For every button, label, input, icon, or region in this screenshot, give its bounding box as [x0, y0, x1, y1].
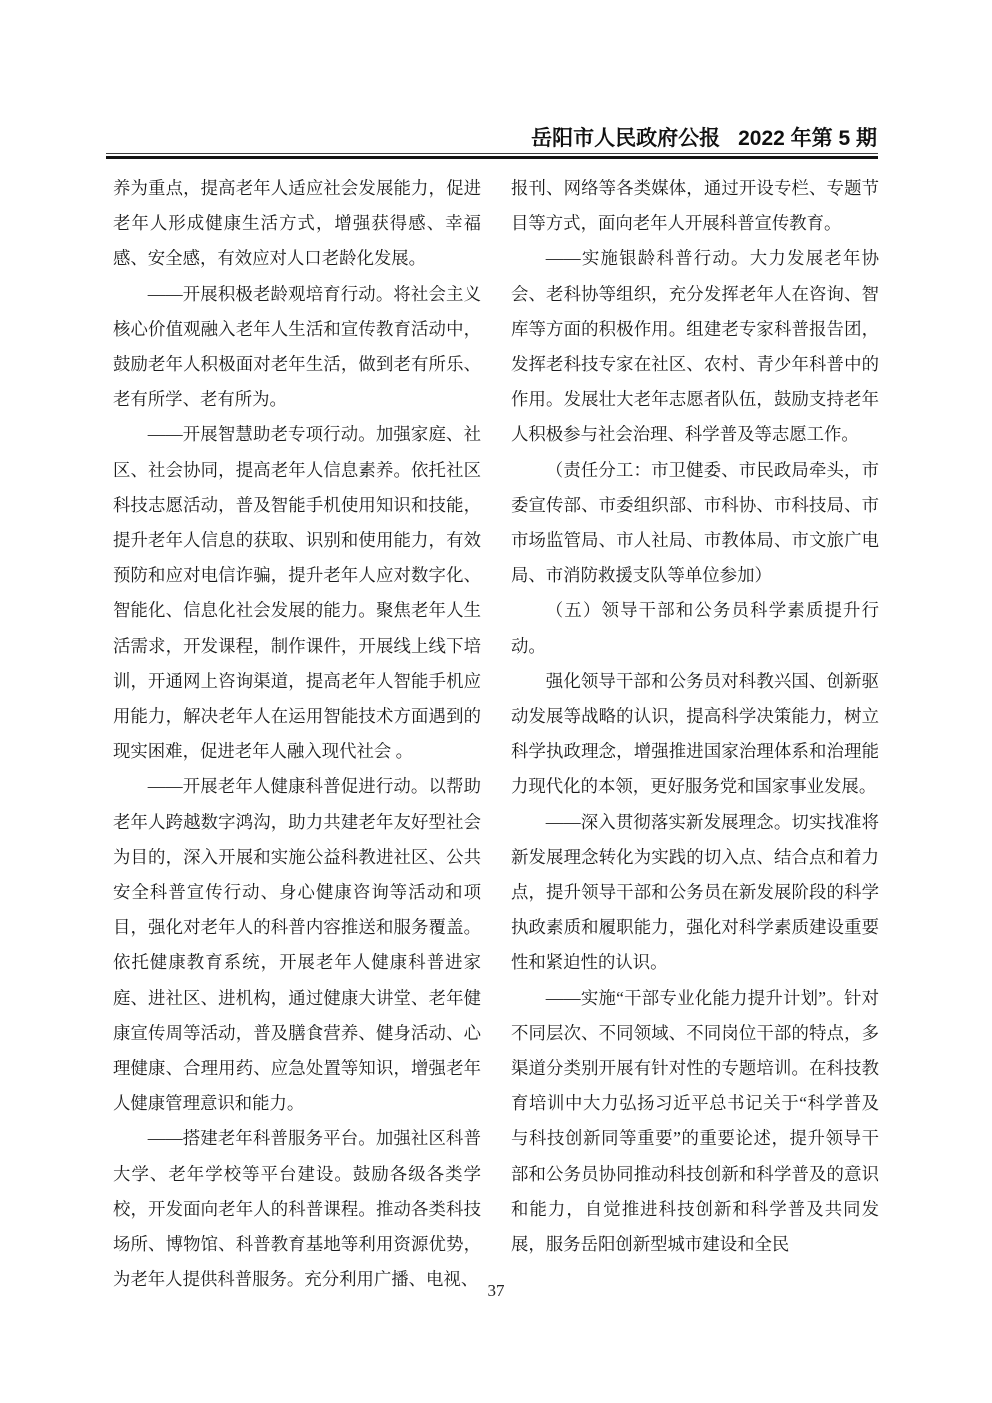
paragraph-responsibility-note: （责任分工：市卫健委、市民政局牵头，市委宣传部、市委组织部、市科协、市科技局、市… [511, 453, 879, 594]
paragraph: ——搭建老年科普服务平台。加强社区科普大学、老年学校等平台建设。鼓励各级各类学校… [113, 1121, 481, 1297]
right-column: 报刊、网络等各类媒体，通过开设专栏、专题节目等方式，面向老年人开展科普宣传教育。… [511, 171, 879, 1262]
journal-title: 岳阳市人民政府公报 [531, 127, 720, 150]
paragraph: ——开展老年人健康科普促进行动。以帮助老年人跨越数字鸿沟，助力共建老年友好型社会… [113, 769, 481, 1121]
paragraph: ——开展积极老龄观培育行动。将社会主义核心价值观融入老年人生活和宣传教育活动中，… [113, 277, 481, 418]
paragraph-continuation: 养为重点，提高老年人适应社会发展能力，促进老年人形成健康生活方式，增强获得感、幸… [113, 171, 481, 277]
header-rule [106, 153, 878, 159]
header-rule-thin-line [106, 153, 878, 154]
left-column: 养为重点，提高老年人适应社会发展能力，促进老年人形成健康生活方式，增强获得感、幸… [113, 171, 481, 1298]
paragraph: ——实施银龄科普行动。大力发展老年协会、老科协等组织，充分发挥老年人在咨询、智库… [511, 241, 879, 452]
gazette-page: 岳阳市人民政府公报2022 年第 5 期 养为重点，提高老年人适应社会发展能力，… [0, 0, 992, 1403]
page-number: 37 [0, 1279, 992, 1303]
running-header: 岳阳市人民政府公报2022 年第 5 期 [113, 126, 877, 152]
paragraph: ——深入贯彻落实新发展理念。切实找准将新发展理念转化为实践的切入点、结合点和着力… [511, 805, 879, 981]
header-rule-thick-line [106, 156, 878, 159]
section-heading: （五）领导干部和公务员科学素质提升行动。 [511, 593, 879, 663]
paragraph: ——开展智慧助老专项行动。加强家庭、社区、社会协同，提高老年人信息素养。依托社区… [113, 417, 481, 769]
paragraph-continuation: 报刊、网络等各类媒体，通过开设专栏、专题节目等方式，面向老年人开展科普宣传教育。 [511, 171, 879, 241]
paragraph: ——实施“干部专业化能力提升计划”。针对不同层次、不同领域、不同岗位干部的特点，… [511, 981, 879, 1263]
issue-label: 2022 年第 5 期 [738, 127, 877, 150]
paragraph: 强化领导干部和公务员对科教兴国、创新驱动发展等战略的认识，提高科学决策能力，树立… [511, 664, 879, 805]
